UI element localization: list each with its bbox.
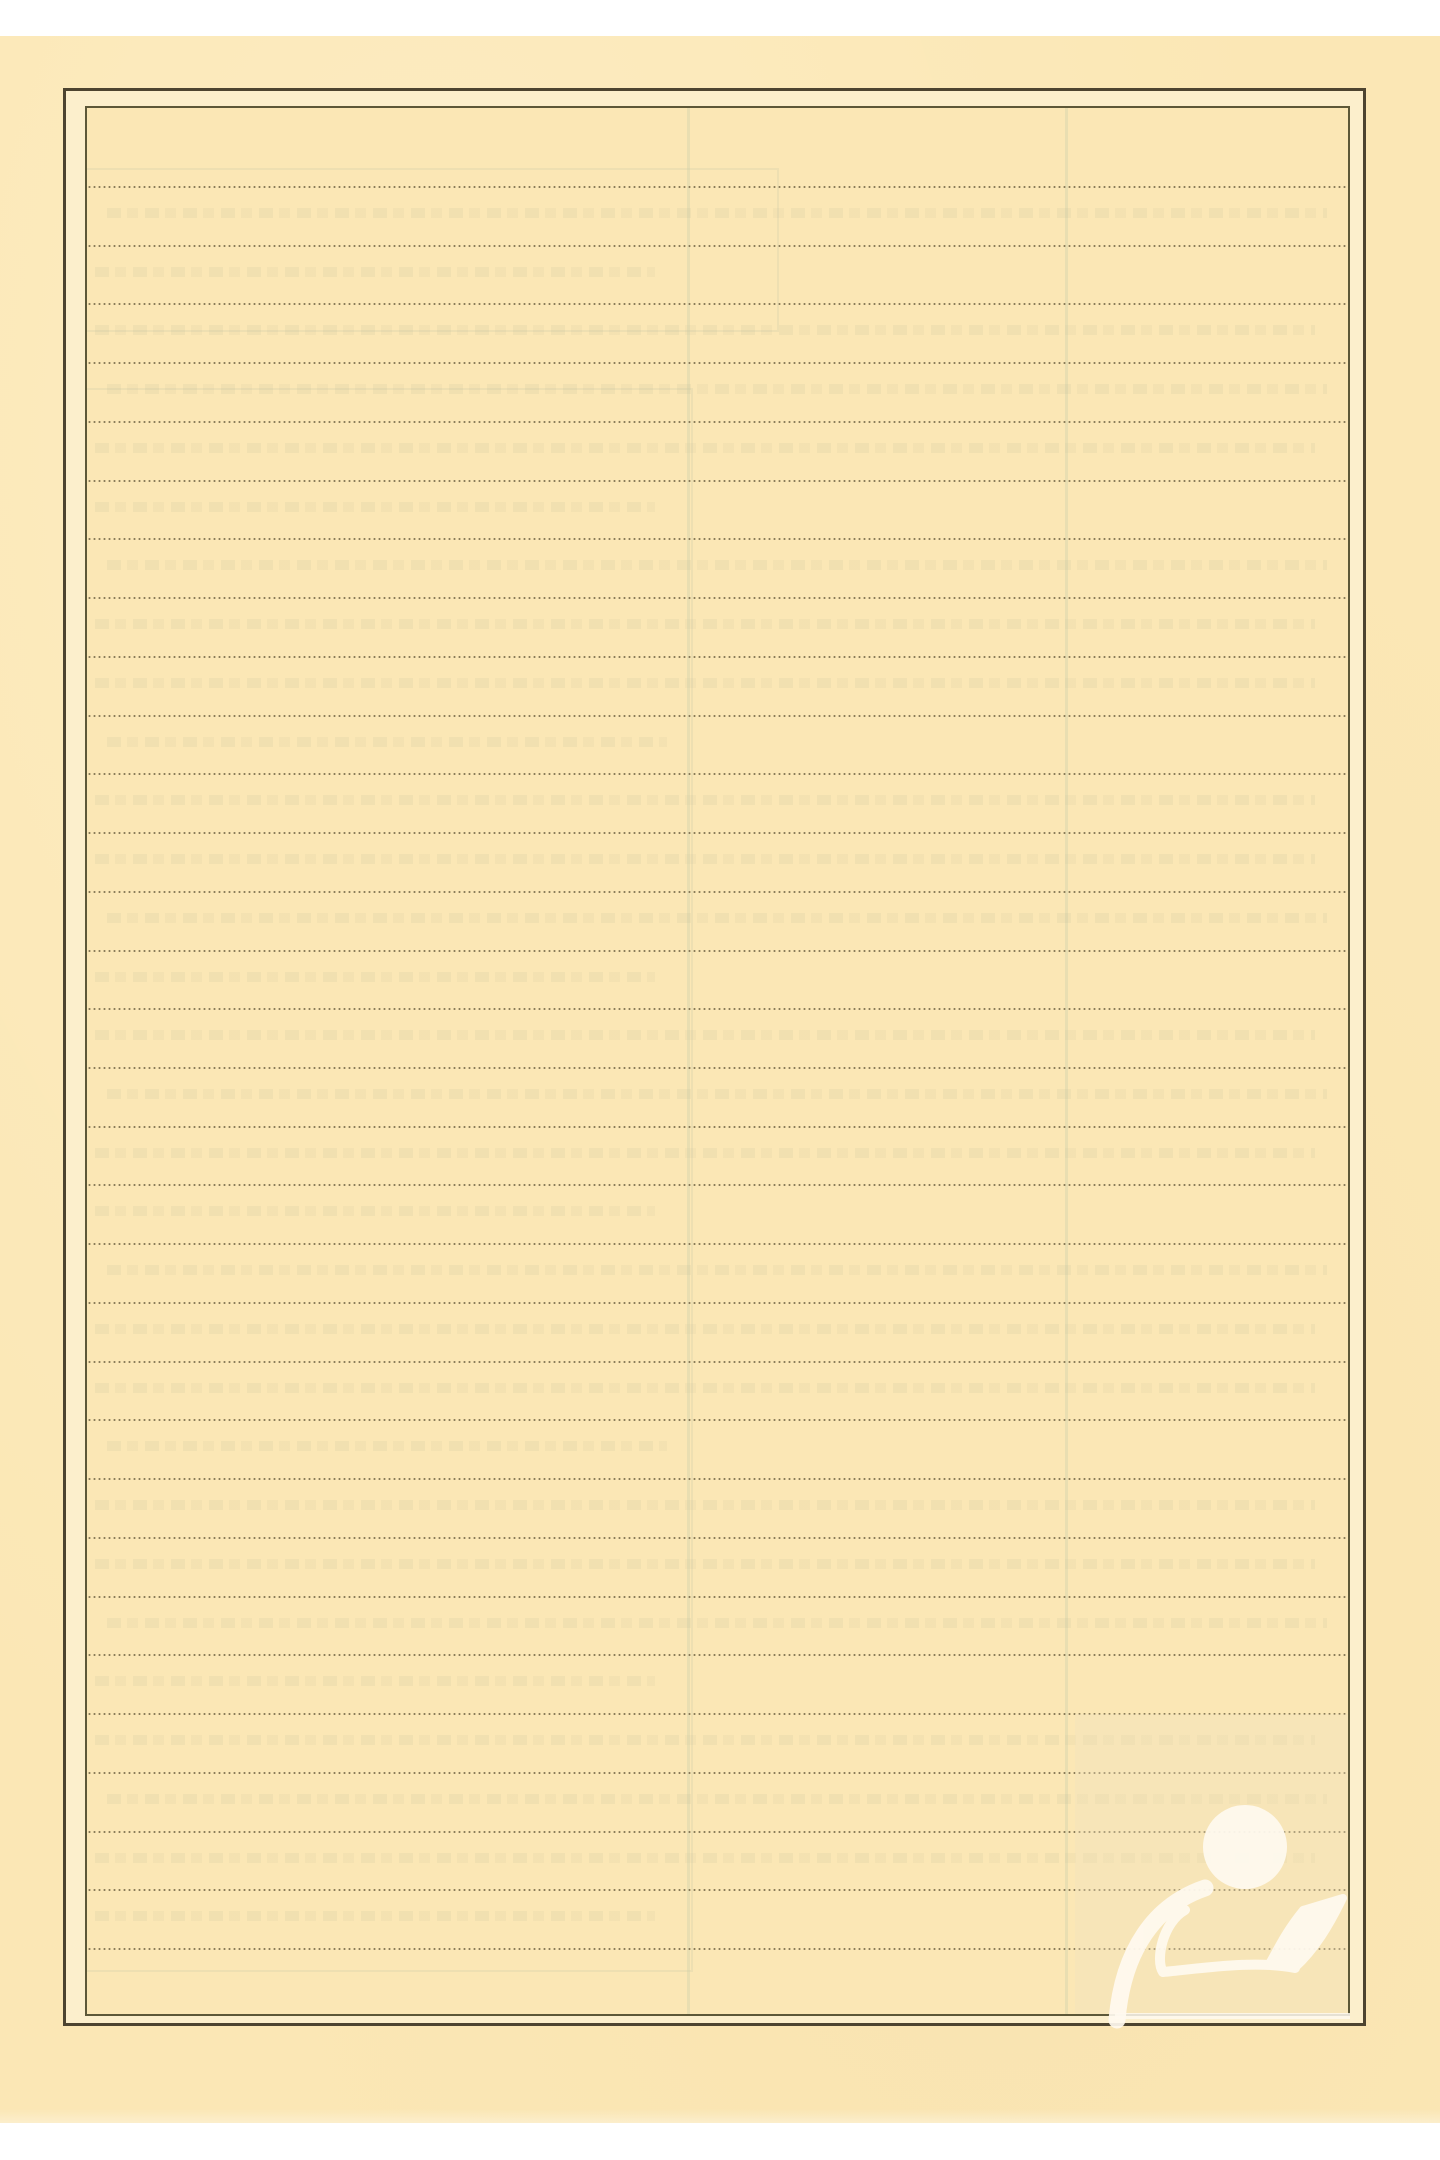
ruled-line — [87, 1008, 1348, 1010]
bleed-through-text-line — [107, 1089, 1327, 1099]
bleed-through-text-line — [107, 737, 667, 747]
ruled-line — [87, 1596, 1348, 1598]
ruled-line — [87, 950, 1348, 952]
bleed-through-text-line — [95, 678, 1315, 688]
bleed-through-text-line — [95, 267, 655, 277]
bleed-through-text-line — [107, 384, 1327, 394]
bleed-through-text-line — [95, 502, 655, 512]
ruled-line — [87, 1126, 1348, 1128]
ruled-line — [87, 1302, 1348, 1304]
ruled-line — [87, 303, 1348, 305]
bleed-through-text-line — [95, 325, 1315, 335]
bleed-through-text-line — [95, 1676, 655, 1686]
ruled-line — [87, 773, 1348, 775]
bleed-through-text-line — [107, 560, 1327, 570]
bleed-through-text-line — [95, 443, 1315, 453]
ruled-line — [87, 1478, 1348, 1480]
bleed-through-text-line — [95, 795, 1315, 805]
ruled-line — [87, 421, 1348, 423]
bleed-through-text-line — [95, 1030, 1315, 1040]
ruled-line — [87, 362, 1348, 364]
ruled-line — [87, 1537, 1348, 1539]
ruled-line — [87, 1419, 1348, 1421]
ruled-line — [87, 1654, 1348, 1656]
bleed-through-text-line — [95, 1559, 1315, 1569]
bleed-through-text-line — [107, 1265, 1327, 1275]
bleed-through-text-line — [107, 208, 1327, 218]
ruled-line — [87, 891, 1348, 893]
ruled-line — [87, 186, 1348, 188]
ruled-line — [87, 832, 1348, 834]
bleed-through-text-line — [107, 1441, 667, 1451]
ruled-line — [87, 480, 1348, 482]
bleed-through-text-line — [95, 1500, 1315, 1510]
ruled-line — [87, 538, 1348, 540]
bleed-through-text-line — [95, 854, 1315, 864]
ruled-line — [87, 1361, 1348, 1363]
bleed-through-text-line — [95, 1911, 655, 1921]
ruled-line — [87, 1067, 1348, 1069]
bleed-through-text-line — [95, 1206, 655, 1216]
ruled-line — [87, 715, 1348, 717]
paper-edge — [0, 2109, 1440, 2123]
bleed-through-text-line — [95, 1148, 1315, 1158]
bleed-through-text-line — [95, 1324, 1315, 1334]
bleed-through-text-line — [107, 1618, 1327, 1628]
writing-area — [85, 106, 1350, 2016]
bleed-through-text-line — [95, 972, 655, 982]
ruled-line — [87, 656, 1348, 658]
ruled-line — [87, 597, 1348, 599]
ruled-line — [87, 1184, 1348, 1186]
paper-sheet — [0, 36, 1440, 2123]
bleed-through-text-line — [107, 913, 1327, 923]
bleed-through-text-line — [95, 619, 1315, 629]
watermark-background — [1075, 1714, 1348, 2014]
ruled-line — [87, 1243, 1348, 1245]
bleed-through-box — [85, 168, 779, 332]
ruled-line — [87, 245, 1348, 247]
bleed-through-text-line — [95, 1383, 1315, 1393]
